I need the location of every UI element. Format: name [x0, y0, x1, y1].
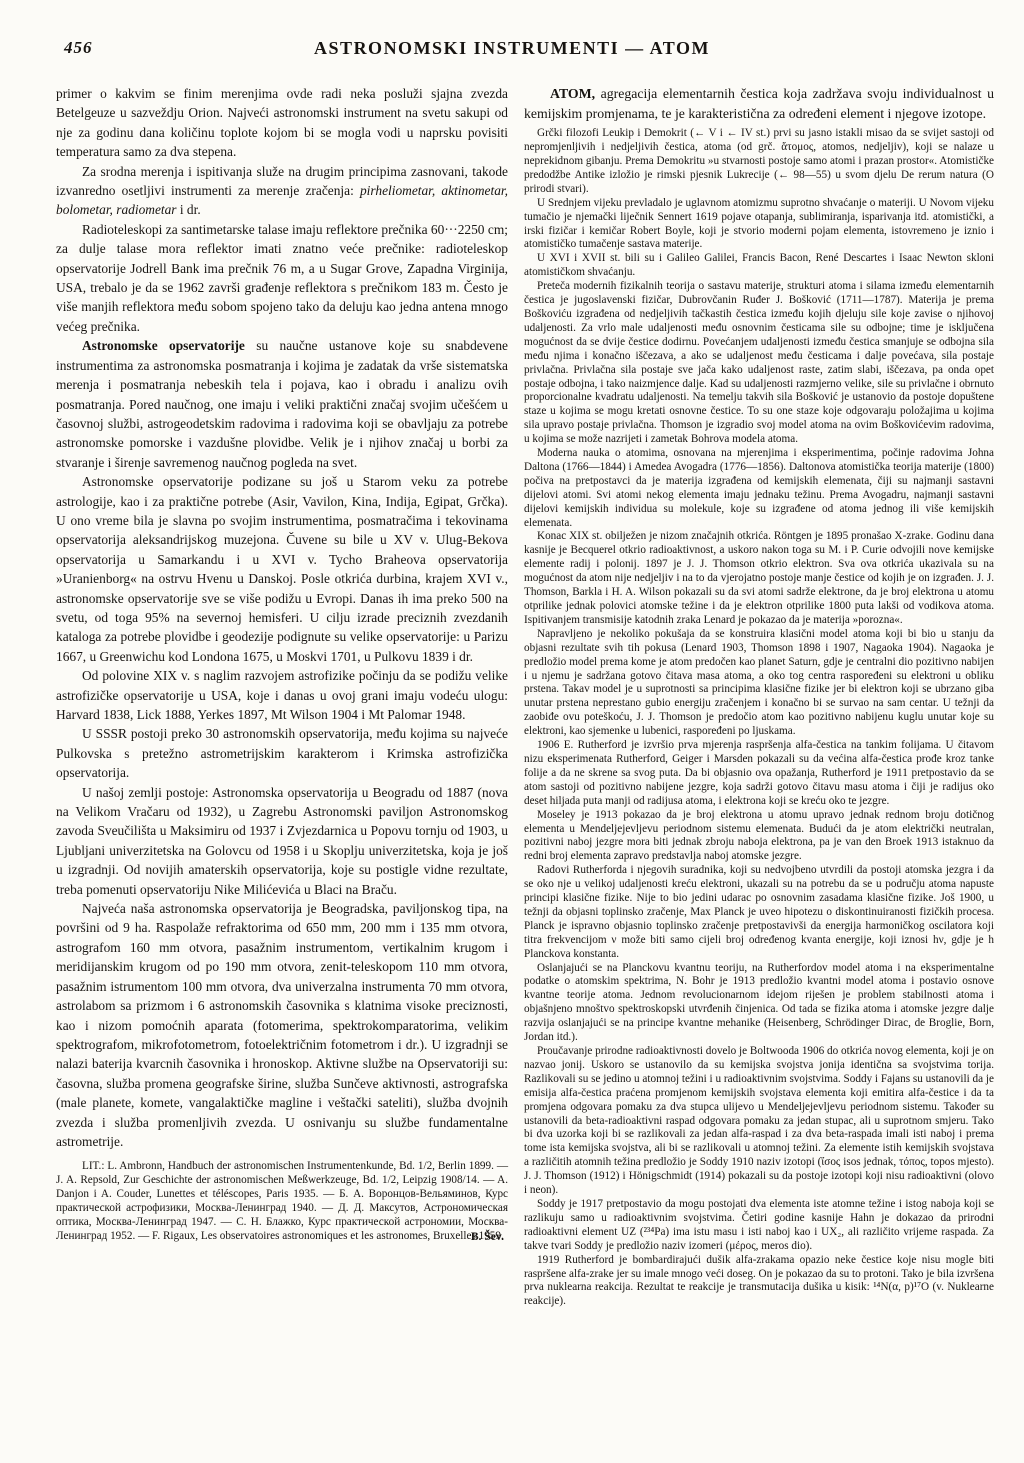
atom-paragraph-planck: Radovi Rutherforda i njegovih suradnika,…: [524, 864, 994, 961]
entry-lead-atom: ATOM, agregacija elementarnih čestica ko…: [524, 84, 994, 123]
paragraph-jugoslovenske-opservatorije: U našoj zemlji postoje: Astronomska opse…: [56, 783, 508, 899]
paragraph-text: su naučne ustanove koje su snabdevene in…: [56, 338, 508, 469]
paragraph-merenja-zracenja: Za srodna merenja i ispitivanja služe na…: [56, 162, 508, 220]
atom-paragraph-rutherford-rasprsenje: 1906 E. Rutherford je izvršio prva mjere…: [524, 739, 994, 809]
entry-definition: agregacija elementarnih čestica koja zad…: [524, 86, 994, 121]
atom-paragraph-moseley: Moseley je 1913 pokazao da je broj elekt…: [524, 809, 994, 865]
atom-paragraph-boskovic: Preteča modernih fizikalnih teorija o sa…: [524, 280, 994, 447]
paragraph-astrofizicke-opservatorije-usa: Od polovine XIX v. s naglim razvojem ast…: [56, 666, 508, 724]
lit-label: LIT.:: [82, 1160, 107, 1172]
page-header: 456 ASTRONOMSKI INSTRUMENTI — ATOM: [0, 0, 1024, 66]
lit-entries: L. Ambronn, Handbuch der astronomischen …: [56, 1160, 508, 1242]
scanned-encyclopedia-page: 456 ASTRONOMSKI INSTRUMENTI — ATOM prime…: [0, 0, 1024, 1463]
entry-headword: ATOM,: [550, 86, 595, 101]
atom-paragraph-xvi-xvii-st: U XVI i XVII st. bili su i Galileo Galil…: [524, 252, 994, 280]
paragraph-astronomske-opservatorije: Astronomske opservatorije su naučne usta…: [56, 336, 508, 472]
running-title: ASTRONOMSKI INSTRUMENTI — ATOM: [0, 38, 1024, 59]
atom-paragraph-klasicni-modeli: Napravljeno je nekoliko pokušaja da se k…: [524, 628, 994, 739]
atom-paragraph-nuklearna-reakcija: 1919 Rutherford je bombardirajući dušik …: [524, 1254, 994, 1310]
paragraph-radioteleskopi: Radioteleskopi za santimetarske talase i…: [56, 220, 508, 336]
left-column: primer o kakvim se finim merenjima ovde …: [56, 84, 508, 1309]
atom-paragraph-radioaktivnost-izotopi: Proučavanje prirodne radioaktivnosti dov…: [524, 1045, 994, 1198]
atom-paragraph-srednji-vijek: U Srednjem vijeku prevladalo je uglavnom…: [524, 197, 994, 253]
paragraph-betelgeuze-continuation: primer o kakvim se finim merenjima ovde …: [56, 84, 508, 162]
two-column-text-block: primer o kakvim se finim merenjima ovde …: [0, 84, 1024, 1309]
literature-references: LIT.: L. Ambronn, Handbuch der astronomi…: [56, 1160, 508, 1243]
paragraph-beogradska-opservatorija: Najveća naša astronomska opservatorija j…: [56, 899, 508, 1151]
page-number: 456: [64, 38, 93, 58]
paragraph-sssr-opservatorije: U SSSR postoji preko 30 astronomskih ops…: [56, 724, 508, 782]
right-column: ATOM, agregacija elementarnih čestica ko…: [524, 84, 994, 1309]
atom-paragraph-dalton-avogadro: Moderna nauka o atomima, osnovana na mje…: [524, 447, 994, 530]
atom-paragraph-soddy-izomeri: Soddy je 1917 pretpostavio da mogu posto…: [524, 1198, 994, 1254]
atom-paragraph-bohr: Oslanjajući se na Planckovu kvantnu teor…: [524, 962, 994, 1045]
term-bold-astronomske-opservatorije: Astronomske opservatorije: [82, 338, 245, 353]
atom-paragraph-otkrica-xix-st: Konac XIX st. obilježen je nizom značajn…: [524, 530, 994, 627]
atom-paragraph-grcki-filozofi: Grčki filozofi Leukip i Demokrit (← V i …: [524, 127, 994, 197]
paragraph-text: i dr.: [177, 202, 201, 217]
paragraph-istorija-opservatorija: Astronomske opservatorije podizane su jo…: [56, 472, 508, 666]
